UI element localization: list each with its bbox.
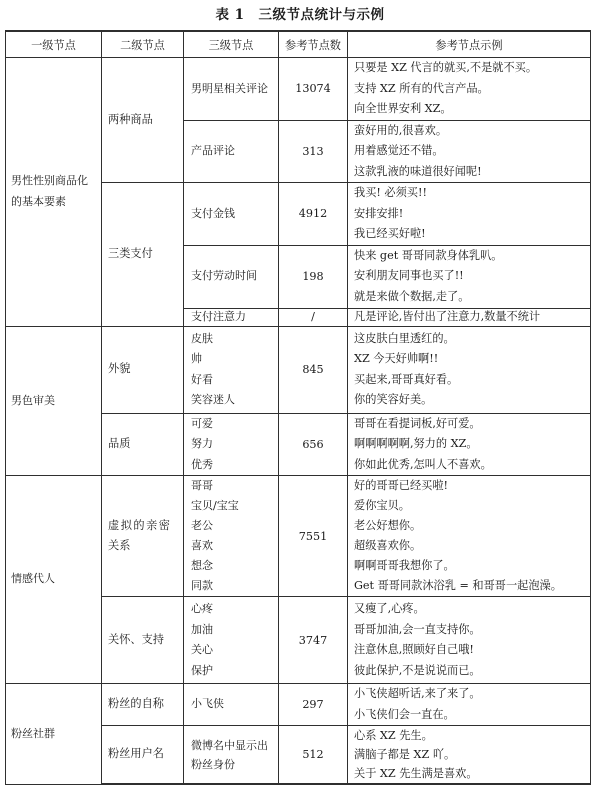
count-cell: 297: [279, 684, 348, 726]
examples-cell: 这皮肤白里透红的。 XZ 今天好帅啊!! 买起来,哥哥真好看。 你的笑容好美。: [348, 326, 591, 413]
level3-cell: 心疼 加油 关心 保护: [184, 597, 279, 684]
level2-cell: 三类支付: [102, 183, 184, 327]
level2-cell: 关怀、支持: [102, 597, 184, 684]
examples-cell: 心系 XZ 先生。 满脑子都是 XZ 吖。 关于 XZ 先生满是喜欢。: [348, 726, 591, 785]
level3-cell: 男明星相关评论: [184, 58, 279, 121]
examples-cell: 小飞侠超听话,来了来了。 小飞侠们会一直在。: [348, 684, 591, 726]
count-cell: 4912: [279, 183, 348, 246]
level3-cell: 支付劳动时间: [184, 245, 279, 308]
statistics-table: 一级节点 二级节点 三级节点 参考节点数 参考节点示例 男性性别商品化 的基本要…: [5, 30, 591, 785]
examples-cell: 哥哥在看提词板,好可爱。 啊啊啊啊啊,努力的 XZ。 你如此优秀,怎叫人不喜欢。: [348, 413, 591, 476]
column-header-level3: 三级节点: [184, 31, 279, 58]
table-row: 粉丝社群 粉丝的自称 小飞侠 297 小飞侠超听话,来了来了。 小飞侠们会一直在…: [6, 684, 591, 726]
examples-cell: 凡是评论,皆付出了注意力,数量不统计: [348, 308, 591, 326]
level1-cell: 情感代人: [6, 476, 102, 684]
table-row: 男色审美 外貌 皮肤 帅 好看 笑容迷人 845 这皮肤白里透红的。 XZ 今天…: [6, 326, 591, 413]
count-cell: /: [279, 308, 348, 326]
level2-cell: 两种商品: [102, 58, 184, 183]
examples-cell: 快来 get 哥哥同款身体乳叭。 安利朋友同事也买了!! 就是来做个数据,走了。: [348, 245, 591, 308]
examples-cell: 我买! 必须买!! 安排安排! 我已经买好啦!: [348, 183, 591, 246]
count-cell: 3747: [279, 597, 348, 684]
level2-cell: 虚拟的亲密关系: [102, 476, 184, 597]
table-row: 男性性别商品化 的基本要素 两种商品 男明星相关评论 13074 只要是 XZ …: [6, 58, 591, 121]
header-row: 一级节点 二级节点 三级节点 参考节点数 参考节点示例: [6, 31, 591, 58]
level3-cell: 支付注意力: [184, 308, 279, 326]
level2-cell: 品质: [102, 413, 184, 476]
level1-cell: 男性性别商品化 的基本要素: [6, 58, 102, 327]
count-cell: 198: [279, 245, 348, 308]
level2-cell: 粉丝的自称: [102, 684, 184, 726]
level2-cell: 外貌: [102, 326, 184, 413]
examples-cell: 只要是 XZ 代言的就买,不是就不买。 支持 XZ 所有的代言产品。 向全世界安…: [348, 58, 591, 121]
examples-cell: 蛮好用的,很喜欢。 用着感觉还不错。 这款乳液的味道很好闻呢!: [348, 120, 591, 183]
level2-cell: 粉丝用户名: [102, 726, 184, 785]
level1-cell: 粉丝社群: [6, 684, 102, 785]
column-header-level2: 二级节点: [102, 31, 184, 58]
level3-cell: 哥哥 宝贝/宝宝 老公 喜欢 想念 同款: [184, 476, 279, 597]
level3-cell: 可爱 努力 优秀: [184, 413, 279, 476]
count-cell: 656: [279, 413, 348, 476]
examples-cell: 好的哥哥已经买啦! 爱你宝贝。 老公好想你。 超级喜欢你。 啊啊哥哥我想你了。 …: [348, 476, 591, 597]
examples-cell: 又瘦了,心疼。 哥哥加油,会一直支持你。 注意休息,照顾好自己哦! 彼此保护,不…: [348, 597, 591, 684]
column-header-level1: 一级节点: [6, 31, 102, 58]
count-cell: 845: [279, 326, 348, 413]
level3-cell: 支付金钱: [184, 183, 279, 246]
count-cell: 512: [279, 726, 348, 785]
column-header-count: 参考节点数: [279, 31, 348, 58]
table-title: 表 1 三级节点统计与示例: [0, 0, 600, 30]
count-cell: 313: [279, 120, 348, 183]
level1-cell: 男色审美: [6, 326, 102, 476]
count-cell: 13074: [279, 58, 348, 121]
table-row: 情感代人 虚拟的亲密关系 哥哥 宝贝/宝宝 老公 喜欢 想念 同款 7551 好…: [6, 476, 591, 597]
level3-cell: 微博名中显示出 粉丝身份: [184, 726, 279, 785]
count-cell: 7551: [279, 476, 348, 597]
column-header-examples: 参考节点示例: [348, 31, 591, 58]
level3-cell: 小飞侠: [184, 684, 279, 726]
level3-cell: 产品评论: [184, 120, 279, 183]
level3-cell: 皮肤 帅 好看 笑容迷人: [184, 326, 279, 413]
